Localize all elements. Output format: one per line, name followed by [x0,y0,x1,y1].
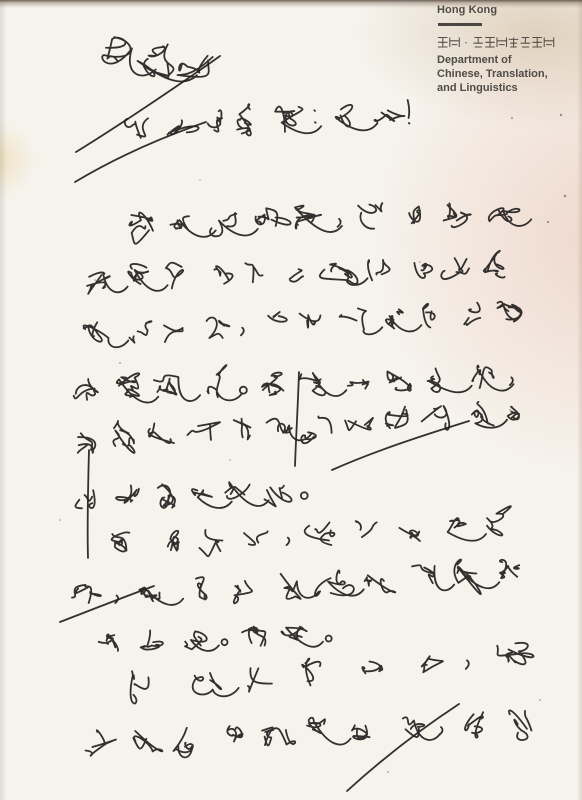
handwriting-line [129,636,535,704]
handwriting-line [129,198,532,244]
flourish-stroke [88,450,89,558]
handwriting-line [73,355,514,406]
handwriting-line [71,557,521,616]
handwriting-line [83,299,522,349]
handwriting-line [86,251,504,295]
handwriting-line [98,624,332,655]
flourish-stroke [332,421,469,470]
flourish-stroke [76,56,220,152]
handwriting-line [75,479,308,513]
flourish-stroke [295,372,299,466]
scanned-letter-page: Hong Kong Department of Chinese, Transla… [0,0,582,800]
flourish-stroke [347,704,459,791]
handwriting-line [85,706,532,763]
flourish-stroke [75,122,206,182]
scan-noise-specks [59,114,566,773]
handwriting-line-salutation [100,36,213,86]
handwriting-layer [0,0,582,800]
handwriting-line [111,506,513,561]
